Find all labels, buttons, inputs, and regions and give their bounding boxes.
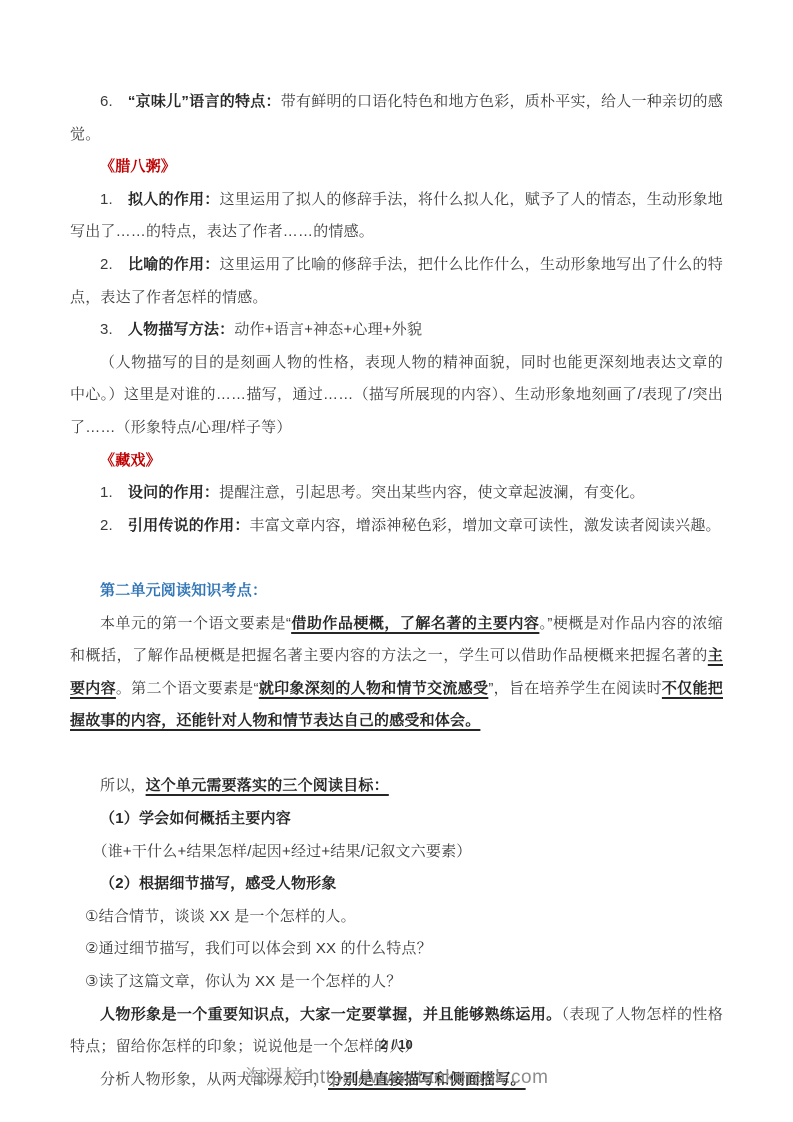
goal-text: （2）根据细节描写，感受人物形象 [100, 875, 337, 892]
question-item-1: ①结合情节，谈谈 XX 是一个怎样的人。 [70, 901, 723, 934]
paragraph-character-image: 人物形象是一个重要知识点，大家一定要掌握，并且能够熟练运用。（表现了人物怎样的性… [70, 999, 723, 1064]
emphasis-text: 借助作品梗概，了解名著的主要内容 [291, 615, 539, 632]
heading-text: 第二单元阅读知识考点： [100, 582, 267, 599]
list-item-2-biyu: 2.比喻的作用：这里运用了比喻的修辞手法，把什么比作什么，生动形象地写出了什么的… [70, 249, 723, 314]
list-item-6: 6.“京味儿”语言的特点：带有鲜明的口语化特色和地方色彩，质朴平实，给人一种亲切… [70, 86, 723, 151]
goal-item-1-note: （谁+干什么+结果怎样/起因+经过+结果/记叙文六要素） [70, 836, 723, 869]
list-number: 3. [100, 314, 113, 347]
term-label: 拟人的作用： [128, 191, 220, 208]
work-title-labazhou: 《腊八粥》 [70, 151, 723, 184]
site-watermark: 淘课榜 https://www.taokerank.com [0, 1062, 793, 1089]
blank-line [70, 542, 723, 575]
list-number: 1. [100, 477, 113, 510]
list-item-2-yinyong-chuanshuo: 2.引用传说的作用：丰富文章内容，增添神秘色彩，增加文章可读性，激发读者阅读兴趣… [70, 510, 723, 543]
body-text: 本单元的第一个语文要素是“ [100, 615, 291, 632]
body-text: 丰富文章内容，增添神秘色彩，增加文章可读性，激发读者阅读兴趣。 [250, 517, 721, 534]
term-label: “京味儿”语言的特点： [128, 93, 281, 110]
work-title-zangxi: 《藏戏》 [70, 445, 723, 478]
blank-line [70, 738, 723, 771]
goal-text: （1）学会如何概括主要内容 [100, 810, 291, 827]
page-number: 2 / 10 [0, 1037, 793, 1052]
body-text: ③读了这篇文章，你认为 XX 是一个怎样的人？ [85, 973, 401, 990]
body-text: （人物描写的目的是刻画人物的性格，表现人物的精神面貌，同时也能更深刻地表达文章的… [70, 354, 723, 436]
body-text: ①结合情节，谈谈 XX 是一个怎样的人。 [85, 908, 356, 925]
body-text: ”，旨在培养学生在阅读时 [488, 680, 662, 697]
paragraph-miaoxie-note: （人物描写的目的是刻画人物的性格，表现人物的精神面貌，同时也能更深刻地表达文章的… [70, 347, 723, 445]
body-text: 动作+语言+神态+心理+外貌 [234, 321, 422, 338]
term-label: 引用传说的作用： [128, 517, 250, 534]
paragraph-unit2-elements: 本单元的第一个语文要素是“借助作品梗概，了解名著的主要内容。”梗概是对作品内容的… [70, 608, 723, 738]
question-item-2: ②通过细节描写，我们可以体会到 XX 的什么特点？ [70, 933, 723, 966]
body-text: ②通过细节描写，我们可以体会到 XX 的什么特点？ [85, 940, 432, 957]
term-label: 比喻的作用： [128, 256, 220, 273]
term-label: 设问的作用： [128, 484, 219, 501]
emphasis-text: 人物形象是一个重要知识点，大家一定要掌握，并且能够熟练运用。 [100, 1006, 561, 1023]
emphasis-text: 就印象深刻的人物和情节交流感受 [259, 680, 489, 697]
title-text: 《藏戏》 [100, 452, 161, 469]
body-text: 所以， [100, 777, 146, 794]
list-number: 2. [100, 249, 113, 282]
list-item-1-niren: 1.拟人的作用：这里运用了拟人的修辞手法，将什么拟人化，赋予了人的情态，生动形象… [70, 184, 723, 249]
list-number: 1. [100, 184, 113, 217]
goal-item-1: （1）学会如何概括主要内容 [70, 803, 723, 836]
emphasis-text: 这个单元需要落实的三个阅读目标： [146, 777, 389, 794]
body-text: 。第二个语文要素是“ [116, 680, 259, 697]
list-item-1-shewen: 1.设问的作用：提醒注意，引起思考。突出某些内容，使文章起波澜，有变化。 [70, 477, 723, 510]
document-page: 6.“京味儿”语言的特点：带有鲜明的口语化特色和地方色彩，质朴平实，给人一种亲切… [0, 0, 793, 1122]
body-text: 提醒注意，引起思考。突出某些内容，使文章起波澜，有变化。 [219, 484, 645, 501]
list-item-3-renwu-miaoxie: 3.人物描写方法：动作+语言+神态+心理+外貌 [70, 314, 723, 347]
question-item-3: ③读了这篇文章，你认为 XX 是一个怎样的人？ [70, 966, 723, 999]
list-number: 2. [100, 510, 113, 543]
list-number: 6. [100, 86, 113, 119]
term-label: 人物描写方法： [128, 321, 234, 338]
body-text: （谁+干什么+结果怎样/起因+经过+结果/记叙文六要素） [93, 843, 472, 860]
goal-item-2: （2）根据细节描写，感受人物形象 [70, 868, 723, 901]
document-body: 6.“京味儿”语言的特点：带有鲜明的口语化特色和地方色彩，质朴平实，给人一种亲切… [70, 86, 723, 1096]
title-text: 《腊八粥》 [100, 158, 176, 175]
paragraph-reading-goals-intro: 所以，这个单元需要落实的三个阅读目标： [70, 770, 723, 803]
section-heading-unit2: 第二单元阅读知识考点： [70, 575, 723, 608]
